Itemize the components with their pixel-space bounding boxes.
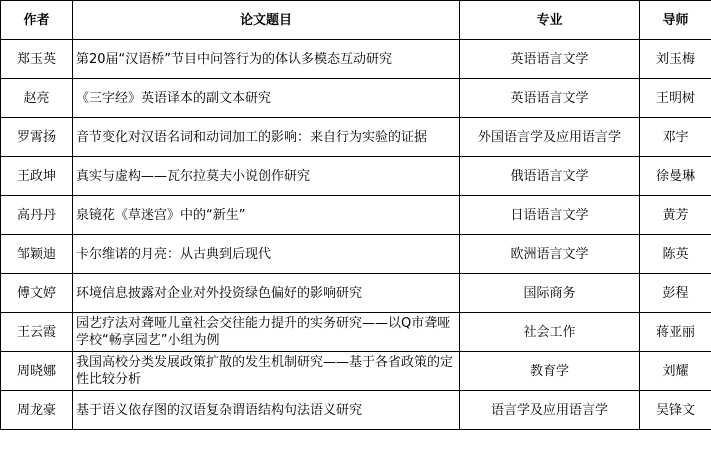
- major-cell: 日语语言文学: [460, 196, 640, 235]
- title-cell: 基于语义依存图的汉语复杂谓语结构句法语义研究: [73, 391, 460, 430]
- title-cell: 园艺疗法对聋哑儿童社会交往能力提升的实务研究——以Q市聋哑学校“畅享园艺”小组为…: [73, 313, 460, 352]
- table-row: 王云霞园艺疗法对聋哑儿童社会交往能力提升的实务研究——以Q市聋哑学校“畅享园艺”…: [1, 313, 711, 352]
- table-row: 邹颖迪卡尔维诺的月亮：从古典到后现代欧洲语言文学陈英: [1, 235, 711, 274]
- author-cell: 傅文婷: [1, 274, 73, 313]
- table-row: 周龙豪基于语义依存图的汉语复杂谓语结构句法语义研究语言学及应用语言学吴锋文: [1, 391, 711, 430]
- header-advisor: 导师: [640, 1, 711, 40]
- title-cell: 音节变化对汉语名词和动词加工的影响：来自行为实验的证据: [73, 118, 460, 157]
- header-major: 专业: [460, 1, 640, 40]
- major-cell: 外国语言学及应用语言学: [460, 118, 640, 157]
- author-cell: 赵亮: [1, 79, 73, 118]
- title-cell: 第20届“汉语桥”节目中问答行为的体认多模态互动研究: [73, 40, 460, 79]
- major-cell: 英语语言文学: [460, 40, 640, 79]
- author-cell: 王云霞: [1, 313, 73, 352]
- title-cell: 泉镜花《草迷宫》中的“新生”: [73, 196, 460, 235]
- table-row: 罗霄扬音节变化对汉语名词和动词加工的影响：来自行为实验的证据外国语言学及应用语言…: [1, 118, 711, 157]
- table-row: 傅文婷环境信息披露对企业对外投资绿色偏好的影响研究国际商务彭程: [1, 274, 711, 313]
- advisor-cell: 黄芳: [640, 196, 711, 235]
- author-cell: 郑玉英: [1, 40, 73, 79]
- author-cell: 邹颖迪: [1, 235, 73, 274]
- advisor-cell: 邓宇: [640, 118, 711, 157]
- major-cell: 英语语言文学: [460, 79, 640, 118]
- advisor-cell: 彭程: [640, 274, 711, 313]
- title-cell: 《三字经》英语译本的副文本研究: [73, 79, 460, 118]
- author-cell: 周晓娜: [1, 352, 73, 391]
- title-cell: 环境信息披露对企业对外投资绿色偏好的影响研究: [73, 274, 460, 313]
- advisor-cell: 陈英: [640, 235, 711, 274]
- title-cell: 真实与虚构——瓦尔拉莫夫小说创作研究: [73, 157, 460, 196]
- table-row: 高丹丹泉镜花《草迷宫》中的“新生”日语语言文学黄芳: [1, 196, 711, 235]
- author-cell: 罗霄扬: [1, 118, 73, 157]
- advisor-cell: 徐曼琳: [640, 157, 711, 196]
- author-cell: 王政坤: [1, 157, 73, 196]
- author-cell: 周龙豪: [1, 391, 73, 430]
- advisor-cell: 吴锋文: [640, 391, 711, 430]
- header-author: 作者: [1, 1, 73, 40]
- title-cell: 我国高校分类发展政策扩散的发生机制研究——基于各省政策的定性比较分析: [73, 352, 460, 391]
- major-cell: 俄语语言文学: [460, 157, 640, 196]
- header-title: 论文题目: [73, 1, 460, 40]
- major-cell: 社会工作: [460, 313, 640, 352]
- table-row: 赵亮《三字经》英语译本的副文本研究英语语言文学王明树: [1, 79, 711, 118]
- header-row: 作者 论文题目 专业 导师: [1, 1, 711, 40]
- thesis-table: 作者 论文题目 专业 导师 郑玉英第20届“汉语桥”节目中问答行为的体认多模态互…: [0, 0, 711, 430]
- major-cell: 国际商务: [460, 274, 640, 313]
- advisor-cell: 刘玉梅: [640, 40, 711, 79]
- major-cell: 教育学: [460, 352, 640, 391]
- advisor-cell: 刘耀: [640, 352, 711, 391]
- title-cell: 卡尔维诺的月亮：从古典到后现代: [73, 235, 460, 274]
- table-row: 周晓娜我国高校分类发展政策扩散的发生机制研究——基于各省政策的定性比较分析教育学…: [1, 352, 711, 391]
- major-cell: 欧洲语言文学: [460, 235, 640, 274]
- author-cell: 高丹丹: [1, 196, 73, 235]
- table-row: 郑玉英第20届“汉语桥”节目中问答行为的体认多模态互动研究英语语言文学刘玉梅: [1, 40, 711, 79]
- table-row: 王政坤真实与虚构——瓦尔拉莫夫小说创作研究俄语语言文学徐曼琳: [1, 157, 711, 196]
- advisor-cell: 蒋亚丽: [640, 313, 711, 352]
- advisor-cell: 王明树: [640, 79, 711, 118]
- major-cell: 语言学及应用语言学: [460, 391, 640, 430]
